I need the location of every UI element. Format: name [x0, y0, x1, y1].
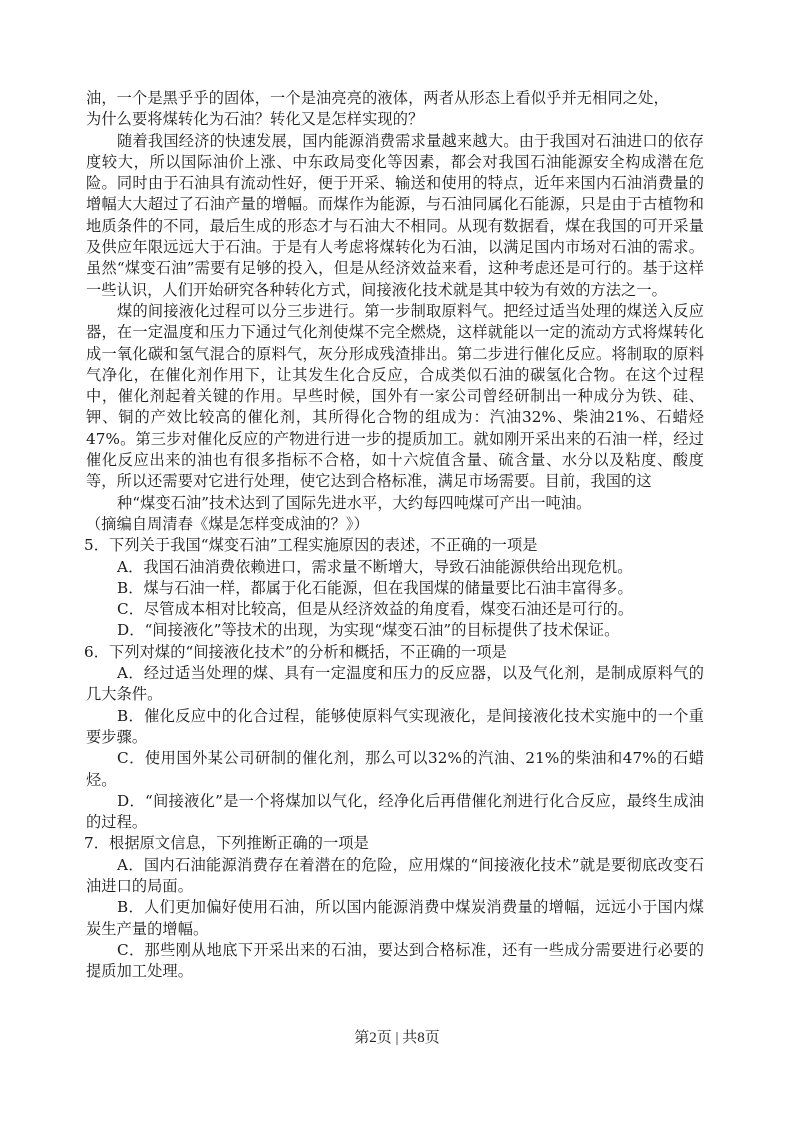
passage-paragraph-2: 煤的间接液化过程可以分三步进行。第一步制取原料气。把经过适当处理的煤送入反应器，… [86, 301, 704, 493]
passage-intro-line-2: 为什么要将煤转化为石油？转化又是怎样实现的？ [86, 109, 704, 130]
passage-intro-line-1: 油，一个是黑乎乎的固体，一个是油亮亮的液体，两者从形态上看似乎并无相同之处， [86, 88, 704, 109]
question-5: 5．下列关于我国“煤变石油”工程实施原因的表述，不正确的一项是 A．我国石油消费… [86, 535, 704, 641]
exam-page-content: 油，一个是黑乎乎的固体，一个是油亮亮的液体，两者从形态上看似乎并无相同之处， 为… [86, 88, 704, 982]
question-option-c: C．尽管成本相对比较高，但是从经济效益的角度看，煤变石油还是可行的。 [86, 599, 704, 620]
question-option-b: B．煤与石油一样，都属于化石能源，但在我国煤的储量要比石油丰富得多。 [86, 578, 704, 599]
question-stem: 5．下列关于我国“煤变石油”工程实施原因的表述，不正确的一项是 [84, 535, 704, 556]
question-option-a: A．国内石油能源消费存在着潜在的危险，应用煤的“间接液化技术”就是要彻底改变石油… [86, 855, 704, 898]
page-indicator: 第2页 | 共8页 [354, 1030, 440, 1046]
question-stem: 7．根据原文信息，下列推断正确的一项是 [84, 833, 704, 854]
question-6: 6．下列对煤的“间接液化技术”的分析和概括，不正确的一项是 A．经过适当处理的煤… [86, 642, 704, 834]
question-option-a: A．我国石油消费依赖进口，需求量不断增大，导致石油能源供给出现危机。 [86, 557, 704, 578]
question-option-b: B．催化反应中的化合过程，能够使原料气实现液化，是间接液化技术实施中的一个重要步… [86, 706, 704, 749]
passage-paragraph-3: 种“煤变石油”技术达到了国际先进水平，大约每四吨煤可产出一吨油。 [86, 493, 704, 514]
question-7: 7．根据原文信息，下列推断正确的一项是 A．国内石油能源消费存在着潜在的危险，应… [86, 833, 704, 982]
passage-paragraph-1: 随着我国经济的快速发展，国内能源消费需求量越来越大。由于我国对石油进口的依存度较… [86, 131, 704, 301]
passage: 油，一个是黑乎乎的固体，一个是油亮亮的液体，两者从形态上看似乎并无相同之处， 为… [86, 88, 704, 535]
question-option-b: B．人们更加偏好使用石油，所以国内能源消费中煤炭消费量的增幅，远远小于国内煤炭生… [86, 897, 704, 940]
page-footer: 第2页 | 共8页 [0, 1026, 794, 1047]
passage-source-citation: （摘编自周清春《煤是怎样变成油的？》） [86, 514, 704, 535]
question-option-d: D．“间接液化”等技术的出现，为实现“煤变石油”的目标提供了技术保证。 [86, 620, 704, 641]
question-option-c: C．使用国外某公司研制的催化剂，那么可以32%的汽油、21%的柴油和47%的石蜡… [86, 748, 704, 791]
question-option-c: C．那些刚从地底下开采出来的石油，要达到合格标准，还有一些成分需要进行必要的提质… [86, 940, 704, 983]
question-option-a: A．经过适当处理的煤、具有一定温度和压力的反应器，以及气化剂，是制成原料气的几大… [86, 663, 704, 706]
question-option-d: D．“间接液化”是一个将煤加以气化，经净化后再借催化剂进行化合反应，最终生成油的… [86, 791, 704, 834]
question-stem: 6．下列对煤的“间接液化技术”的分析和概括，不正确的一项是 [84, 642, 704, 663]
